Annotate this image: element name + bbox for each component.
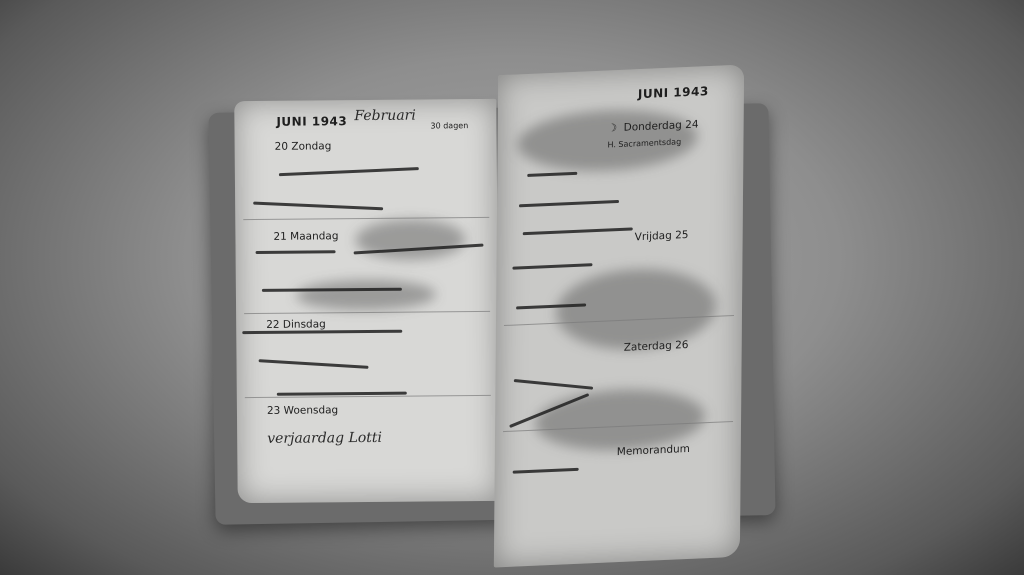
day-label: Vrijdag 25 (635, 229, 689, 243)
day-label: 22 Dinsdag (266, 318, 326, 331)
days-count: 30 dagen (430, 121, 468, 130)
day-label: 23 Woensdag (267, 404, 338, 417)
right-page: JUNI 1943 ☽ Donderdag 24 H. Sacramentsda… (494, 65, 744, 568)
day-label: 21 Maandag (273, 230, 338, 243)
left-page-header: JUNI 1943 (276, 114, 347, 129)
handwritten-entry: verjaardag Lotti (267, 429, 467, 447)
moon-phase-icon: ☽ (608, 122, 618, 134)
day-label: 20 Zondag (275, 140, 332, 152)
diary-photo: JUNI 1943 Februari 30 dagen 20 Zondag 21… (0, 0, 1024, 575)
left-page: JUNI 1943 Februari 30 dagen 20 Zondag 21… (234, 99, 499, 503)
day-label: Zaterdag 26 (624, 339, 689, 354)
handwritten-header: Februari (354, 108, 416, 125)
memorandum-label: Memorandum (617, 443, 690, 458)
right-page-header: JUNI 1943 (638, 84, 709, 101)
